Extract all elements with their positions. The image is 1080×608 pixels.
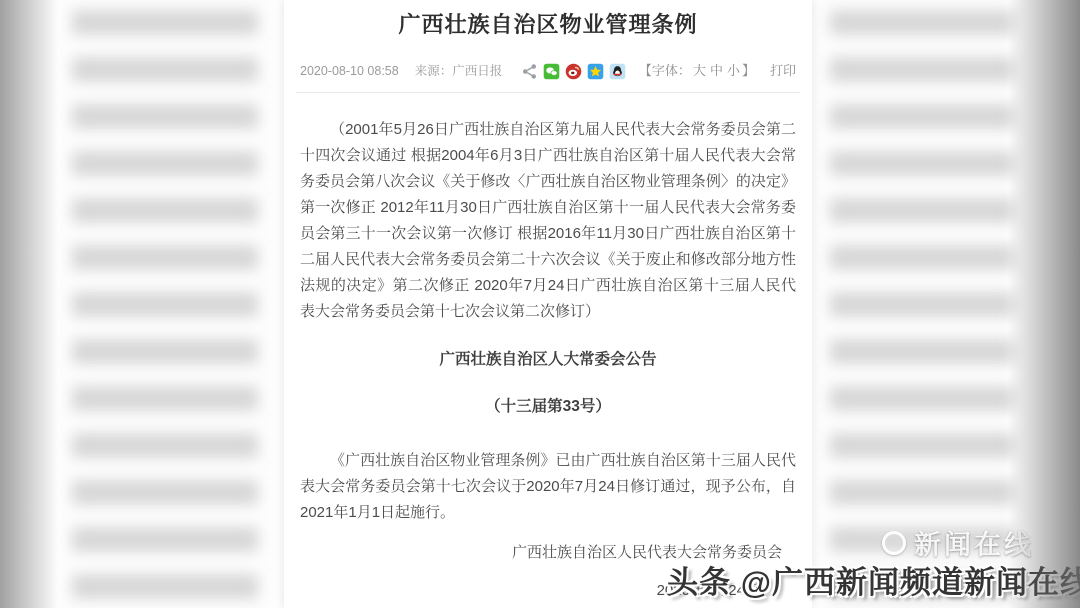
fontbar-close: 】	[742, 63, 755, 78]
announcement-title: 广西壮族自治区人大常委会公告	[300, 350, 796, 370]
article-card: 广西壮族自治区物业管理条例 2020-08-10 08:58来源：广西日报	[284, 0, 812, 608]
announcement-number: （十三届第33号）	[300, 397, 796, 417]
right-edge-vignette	[1008, 0, 1080, 608]
font-size-medium[interactable]: 中	[710, 63, 723, 78]
qq-icon[interactable]	[609, 63, 626, 80]
issue-date: 2020年7月24日	[300, 578, 796, 604]
legislative-history-paragraph: （2001年5月26日广西壮族自治区第九届人民代表大会常务委员会第二十四次会议通…	[300, 117, 796, 325]
announcement-body-paragraph: 《广西壮族自治区物业管理条例》已由广西壮族自治区第十三届人民代表大会常务委员会第…	[300, 448, 796, 526]
left-edge-vignette	[0, 0, 58, 608]
meta-left: 2020-08-10 08:58来源：广西日报	[300, 62, 518, 80]
qzone-icon[interactable]	[587, 63, 604, 80]
font-size-large[interactable]: 大	[693, 63, 706, 78]
share-icon[interactable]	[521, 63, 538, 80]
fontbar-open: 【字体：	[639, 63, 691, 78]
weibo-icon[interactable]	[565, 63, 582, 80]
ghost-text-rows-right	[830, 10, 1014, 608]
ghost-text-rows-left	[72, 10, 258, 608]
meta-right: 【字体：大中小】 打印	[521, 62, 796, 80]
font-size-small[interactable]: 小	[727, 63, 740, 78]
issuing-authority-signature: 广西壮族自治区人民代表大会常务委员会	[300, 540, 796, 566]
article-source: 来源：广西日报	[415, 64, 503, 78]
publish-datetime: 2020-08-10 08:58	[300, 64, 399, 78]
page: 广西壮族自治区物业管理条例 2020-08-10 08:58来源：广西日报	[0, 0, 1080, 608]
print-button[interactable]: 打印	[770, 62, 796, 80]
article-meta-bar: 2020-08-10 08:58来源：广西日报 【字体：大中小】	[300, 62, 796, 80]
wechat-icon[interactable]	[543, 63, 560, 80]
font-size-controls: 【字体：大中小】	[639, 62, 755, 80]
page-title: 广西壮族自治区物业管理条例	[300, 12, 796, 38]
meta-separator	[296, 92, 800, 93]
